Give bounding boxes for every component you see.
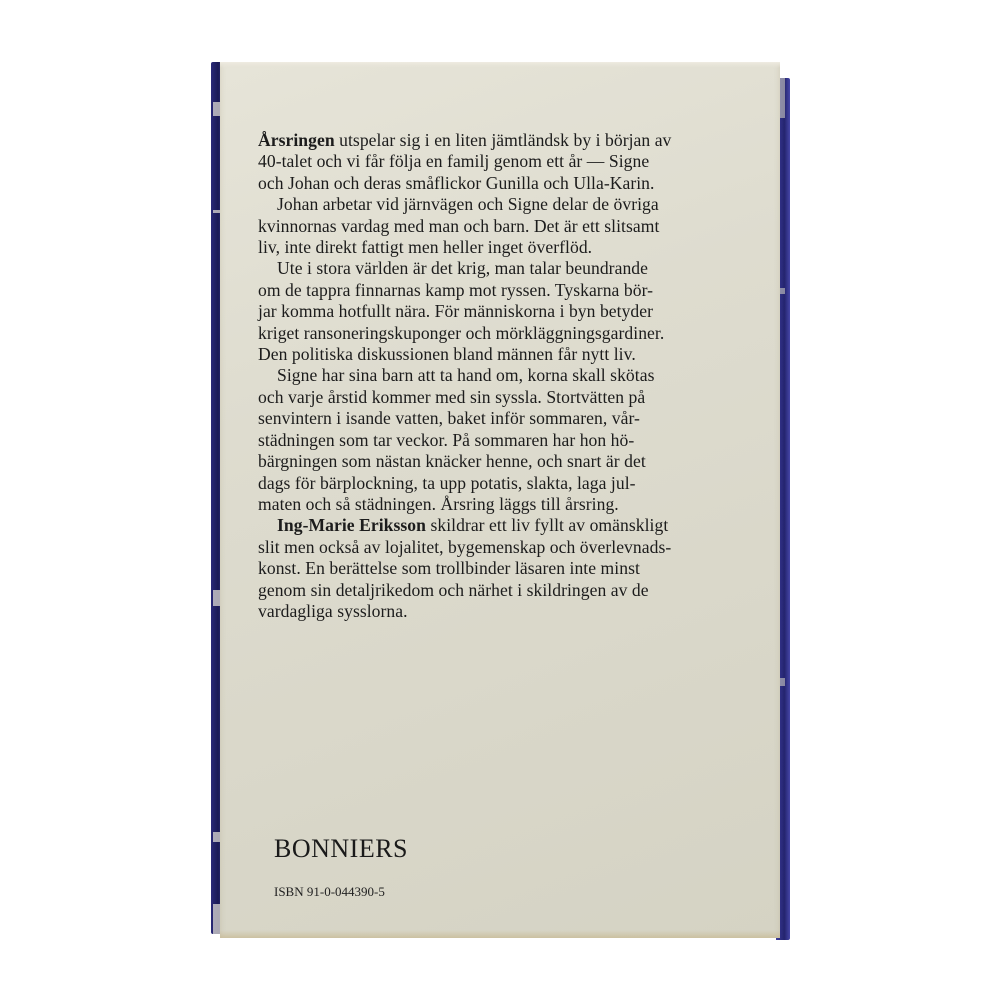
photo-stage: Årsringen utspelar sig i en liten jämtlä… [0,0,1000,1000]
blurb-line: genom sin detaljrikedom och närhet i ski… [258,580,718,601]
blurb-line: och Johan och deras småflickor Gunilla o… [258,173,718,194]
blurb-line: bärgningen som nästan knäcker henne, och… [258,451,718,472]
cover-top-wear [220,62,780,68]
blurb-line: maten och så städningen. Årsring läggs t… [258,494,718,515]
blurb-line: dags för bärplockning, ta upp potatis, s… [258,473,718,494]
blurb-line: Johan arbetar vid järnvägen och Signe de… [258,194,718,215]
blurb-line: Den politiska diskussionen bland männen … [258,344,718,365]
blurb-text: Årsringen utspelar sig i en liten jämtlä… [258,130,718,622]
isbn-number: ISBN 91-0-044390-5 [274,884,385,900]
blurb-paragraph: Årsringen utspelar sig i en liten jämtlä… [258,130,718,194]
blurb-line: slit men också av lojalitet, bygemenskap… [258,537,718,558]
blurb-line: kvinnornas vardag med man och barn. Det … [258,216,718,237]
blurb-paragraph: Ing-Marie Eriksson skildrar ett liv fyll… [258,515,718,622]
blurb-line: jar komma hotfullt nära. För människorna… [258,301,718,322]
blurb-line: konst. En berättelse som trollbinder läs… [258,558,718,579]
cover-bottom-wear [220,930,780,938]
blurb-line: vardagliga sysslorna. [258,601,718,622]
blurb-line: och varje årstid kommer med sin syssla. … [258,387,718,408]
wear-mark [780,678,785,686]
blurb-paragraph: Ute i stora världen är det krig, man tal… [258,258,718,365]
blurb-paragraph: Johan arbetar vid järnvägen och Signe de… [258,194,718,258]
blurb-line: senvintern i isande vatten, baket inför … [258,408,718,429]
bold-name: Årsringen [258,130,335,150]
blurb-line: Ute i stora världen är det krig, man tal… [258,258,718,279]
wear-mark [780,288,785,294]
blurb-paragraph: Signe har sina barn att ta hand om, korn… [258,365,718,515]
publisher-name: BONNIERS [274,834,408,864]
blurb-line: liv, inte direkt fattigt men heller inge… [258,237,718,258]
bold-name: Ing-Marie Eriksson [277,515,426,535]
blurb-line: städningen som tar veckor. På sommaren h… [258,430,718,451]
blurb-line: 40-talet och vi får följa en familj geno… [258,151,718,172]
blurb-line: Ing-Marie Eriksson skildrar ett liv fyll… [258,515,718,536]
blurb-line: Årsringen utspelar sig i en liten jämtlä… [258,130,718,151]
blurb-line: kriget ransoneringskuponger och mörklägg… [258,323,718,344]
wear-mark [780,78,785,118]
blurb-line: om de tappra finnarnas kamp mot ryssen. … [258,280,718,301]
blurb-line: Signe har sina barn att ta hand om, korn… [258,365,718,386]
book-back-cover: Årsringen utspelar sig i en liten jämtlä… [220,62,780,938]
